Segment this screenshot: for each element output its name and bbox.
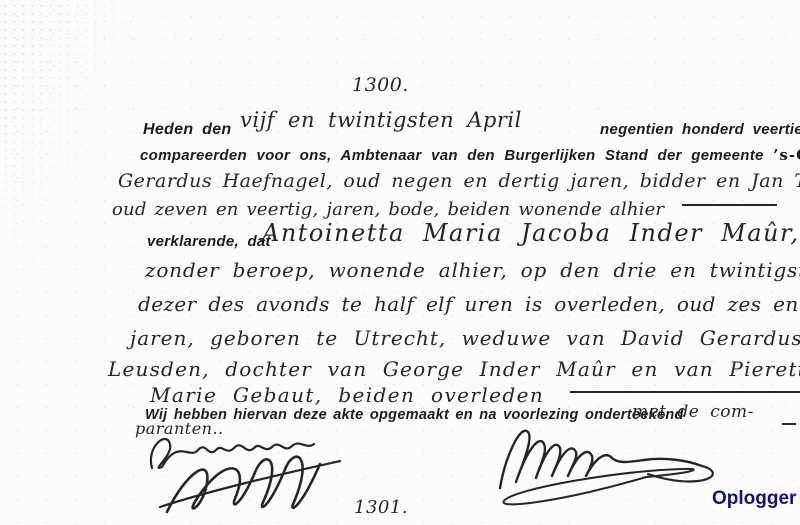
registrar-signature — [500, 431, 713, 505]
signatures-layer — [0, 0, 800, 525]
scanned-death-certificate: 1300. Heden den vijf en twintigsten Apri… — [0, 0, 800, 525]
haefnagel-signature — [151, 439, 314, 468]
timp-signature — [160, 457, 340, 512]
act-number-bottom: 1301. — [354, 497, 408, 518]
oplogger-watermark: Oplogger — [712, 488, 796, 510]
